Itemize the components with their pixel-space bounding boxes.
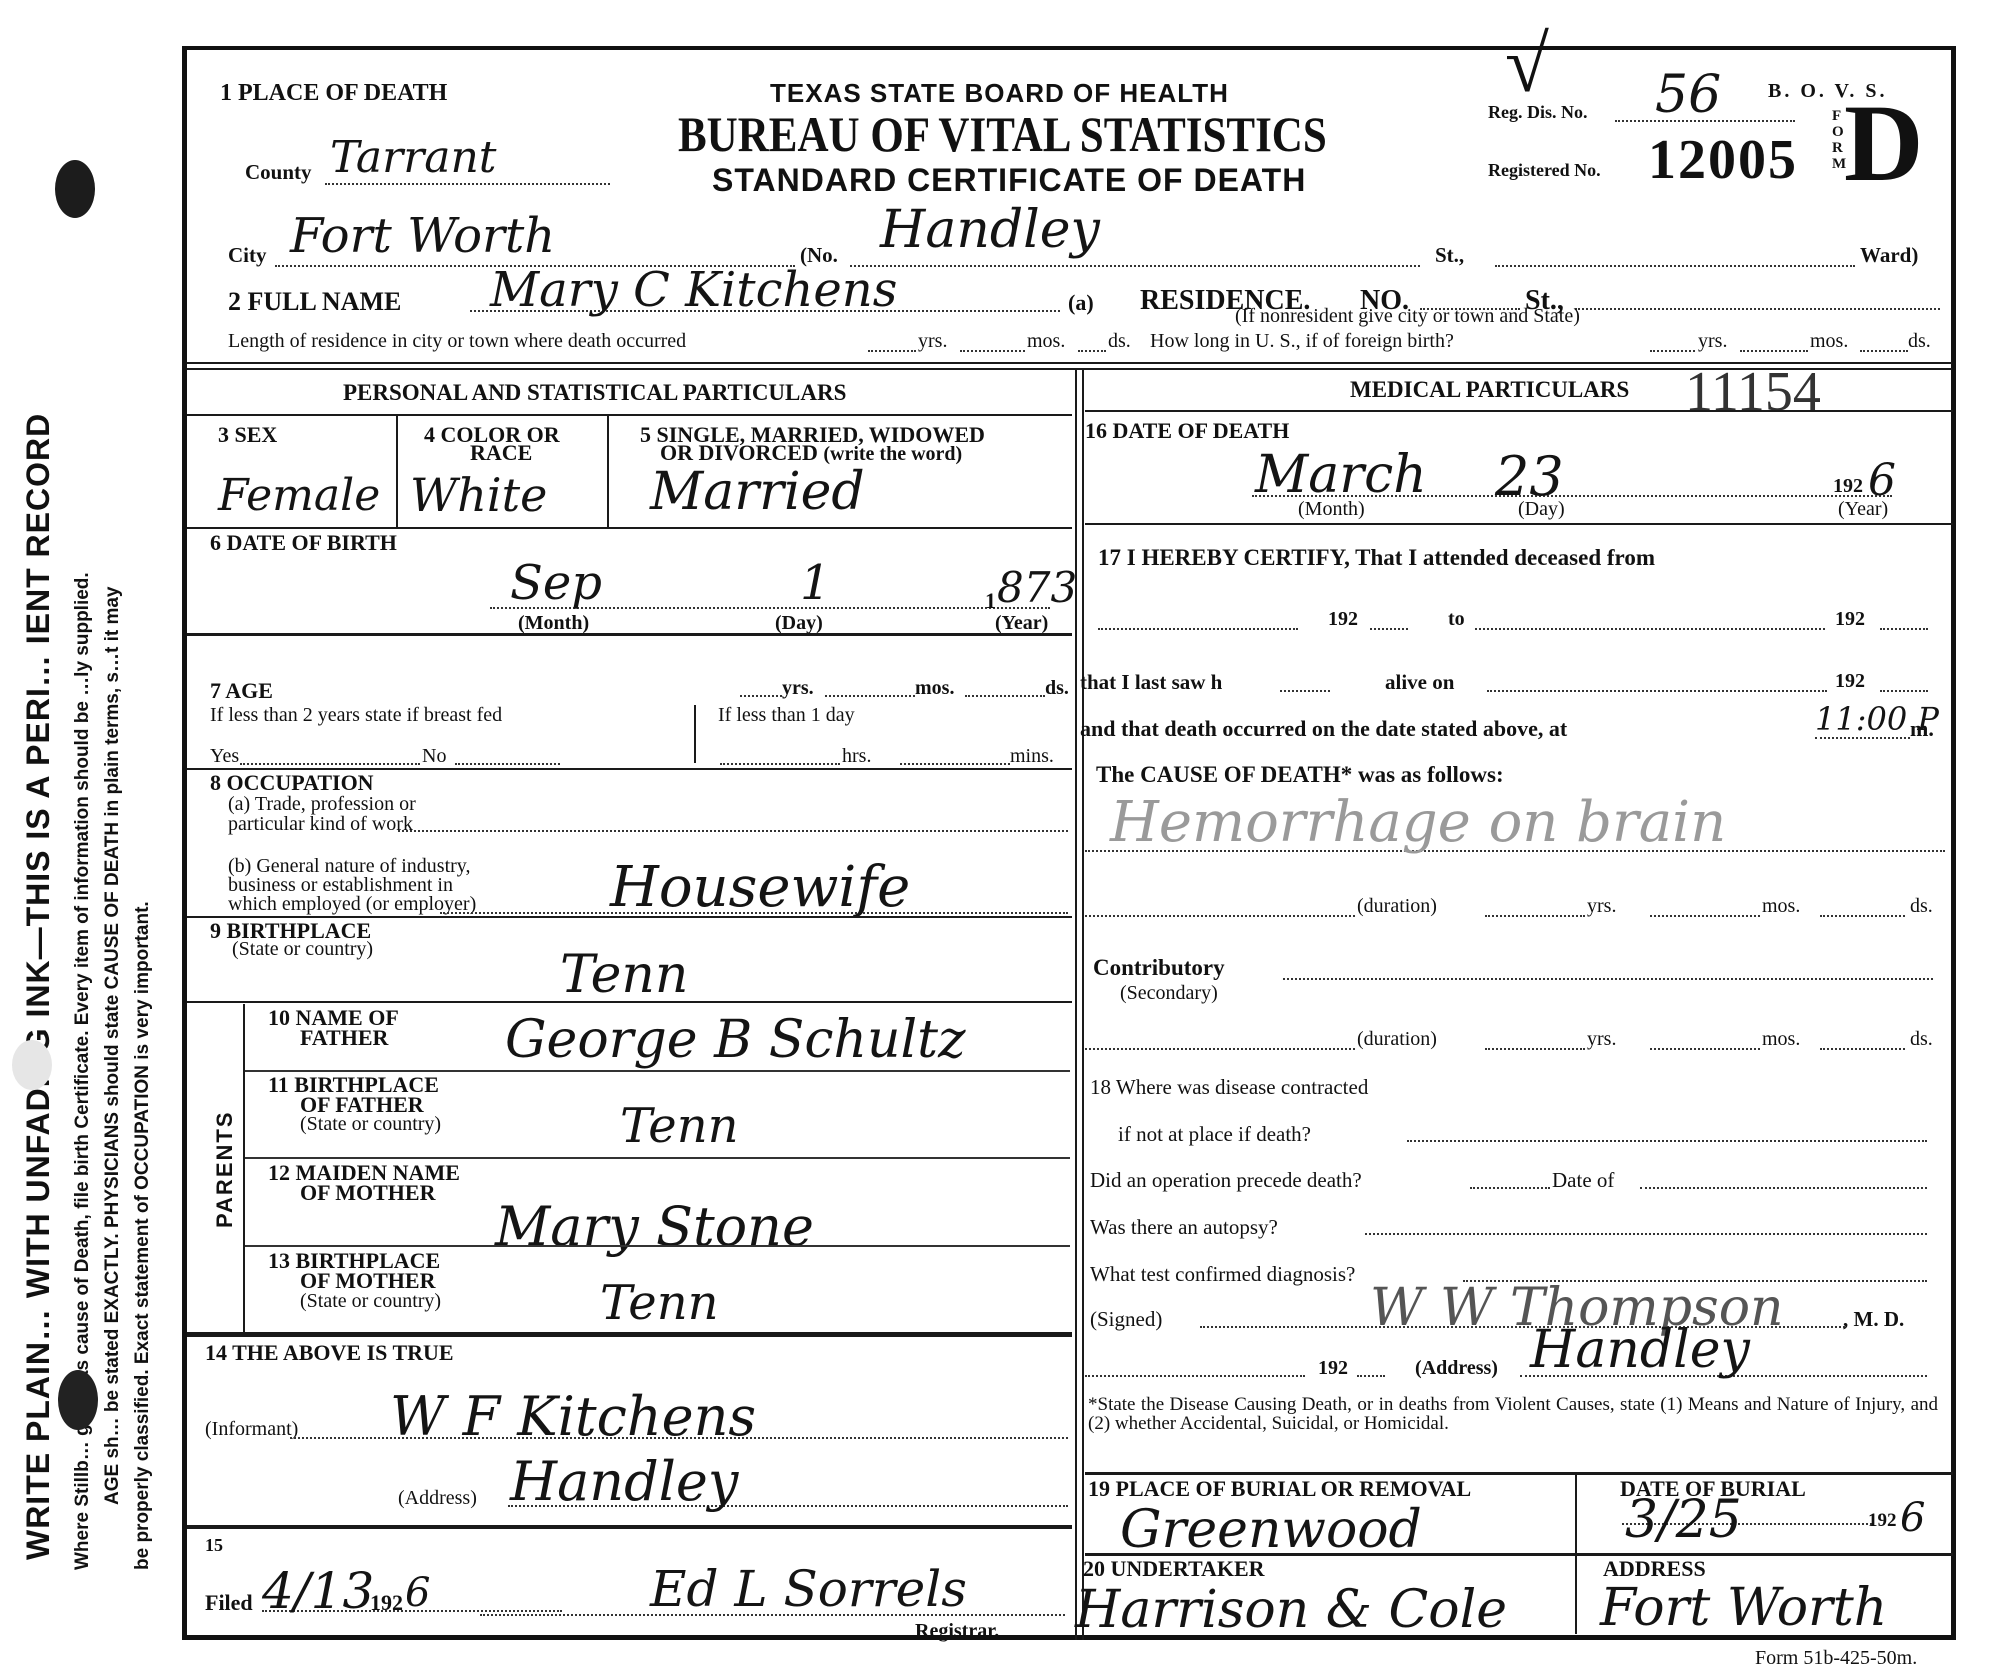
registered-label: Registered No. bbox=[1488, 160, 1601, 181]
signed-date-192: 192 bbox=[1318, 1357, 1348, 1380]
test-question: What test confirmed diagnosis? bbox=[1090, 1262, 1355, 1287]
mother-name-label-2: OF MOTHER bbox=[300, 1180, 435, 1206]
dob-year-prefix: 1 bbox=[985, 588, 996, 614]
street-label: St., bbox=[1435, 243, 1464, 268]
birthplace-sublabel: (State or country) bbox=[232, 938, 373, 961]
mother-birthplace-label-3: (State or country) bbox=[300, 1290, 441, 1313]
time-suffix: m. bbox=[1910, 716, 1934, 742]
occupation-a-line2: particular kind of work bbox=[228, 813, 413, 836]
no-value: Handley bbox=[880, 200, 1100, 260]
margin-instruction-2: AGE sh… be stated EXACTLY. PHYSICIANS sh… bbox=[102, 586, 124, 1505]
signed-label: (Signed) bbox=[1090, 1307, 1162, 1332]
dob-month: Sep bbox=[510, 555, 602, 611]
undertaker-value: Harrison & Cole bbox=[1075, 1580, 1507, 1640]
city-label: City bbox=[228, 243, 267, 268]
filed-year-prefix-text: 192 bbox=[370, 1590, 403, 1615]
attended-from-192: 192 bbox=[1328, 608, 1358, 631]
q18-line1: 18 Where was disease contracted bbox=[1090, 1075, 1368, 1100]
yes-label: Yes bbox=[210, 745, 239, 768]
check-mark: √ bbox=[1505, 20, 1549, 111]
residence-prefix: (a) bbox=[1068, 290, 1094, 316]
place-of-death-label: 1 PLACE OF DEATH bbox=[220, 80, 447, 107]
cause-footnote: *State the Disease Causing Death, or in … bbox=[1088, 1395, 1938, 1433]
mother-name-value: Mary Stone bbox=[495, 1195, 814, 1258]
medical-section-title: MEDICAL PARTICULARS bbox=[1350, 377, 1629, 403]
above-is-true-label: 14 THE ABOVE IS TRUE bbox=[205, 1340, 454, 1366]
cause-of-death-value: Hemorrhage on brain bbox=[1110, 790, 1726, 855]
parents-side-label: PARENTS bbox=[212, 1111, 238, 1229]
duration-yrs-2: yrs. bbox=[1587, 1028, 1616, 1051]
date-of-death-month: March bbox=[1255, 445, 1427, 505]
yrs-label: yrs. bbox=[918, 330, 947, 353]
sex-label: 3 SEX bbox=[218, 422, 277, 448]
duration-mos-1: mos. bbox=[1762, 895, 1800, 918]
contributory-label: Contributory bbox=[1093, 955, 1225, 981]
registered-value: 12005 bbox=[1648, 128, 1798, 192]
hrs-label: hrs. bbox=[842, 745, 871, 768]
nonresident-note: (If nonresident give city or town and St… bbox=[1235, 305, 1580, 328]
attended-to-192: 192 bbox=[1835, 608, 1865, 631]
operation-question: Did an operation precede death? bbox=[1090, 1168, 1362, 1193]
filed-label: Filed bbox=[205, 1590, 253, 1616]
burial-place-value: Greenwood bbox=[1120, 1500, 1422, 1560]
burial-place-label: 19 PLACE OF BURIAL OR REMOVAL bbox=[1088, 1476, 1471, 1502]
dod-month-caption: (Month) bbox=[1298, 498, 1365, 521]
cause-of-death-label: The CAUSE OF DEATH* was as follows: bbox=[1096, 762, 1504, 788]
informant-value: W F Kitchens bbox=[390, 1385, 756, 1448]
burial-date-value: 3/25 bbox=[1625, 1490, 1742, 1550]
duration-label-1: (duration) bbox=[1357, 895, 1437, 918]
occupation-value: Housewife bbox=[610, 855, 910, 920]
margin-instruction-3: be properly classified. Exact statement … bbox=[132, 901, 154, 1570]
father-birthplace-value: Tenn bbox=[620, 1098, 739, 1154]
breast-fed-label: If less than 2 years state if breast fed bbox=[210, 704, 502, 727]
certificate-title: STANDARD CERTIFICATE OF DEATH bbox=[712, 162, 1306, 199]
dod-year-caption: (Year) bbox=[1838, 498, 1888, 521]
dob-day-caption: (Day) bbox=[775, 612, 823, 635]
paper-hole bbox=[12, 1040, 52, 1090]
q18-line2: if not at place if death? bbox=[1118, 1122, 1311, 1147]
age-label: 7 AGE bbox=[210, 678, 273, 704]
reg-dis-value: 56 bbox=[1655, 65, 1721, 125]
ink-blot bbox=[55, 160, 95, 218]
ward-label: Ward) bbox=[1860, 243, 1918, 268]
last-saw-label: that I last saw h bbox=[1080, 670, 1222, 695]
dob-year-caption: (Year) bbox=[995, 612, 1048, 635]
margin-headline: WRITE PLAIN… WITH UNFADING INK—THIS IS A… bbox=[20, 413, 57, 1560]
form-number: Form 51b-425-50m. bbox=[1755, 1647, 1917, 1670]
bureau-title: BUREAU OF VITAL STATISTICS bbox=[678, 105, 1327, 163]
date-of-death-label: 16 DATE OF DEATH bbox=[1085, 418, 1289, 444]
dob-day: 1 bbox=[800, 555, 831, 611]
father-name-label-2: FATHER bbox=[300, 1025, 388, 1051]
date-of-label: Date of bbox=[1552, 1168, 1614, 1193]
personal-section-title: PERSONAL AND STATISTICAL PARTICULARS bbox=[343, 380, 846, 406]
filed-year-prefix: 192 bbox=[370, 1590, 403, 1616]
alive-on-label: alive on bbox=[1385, 670, 1454, 695]
color-label-2: RACE bbox=[470, 440, 532, 466]
duration-mos-2: mos. bbox=[1762, 1028, 1800, 1051]
less-than-day-label: If less than 1 day bbox=[718, 704, 855, 727]
marital-value: Married bbox=[650, 462, 865, 522]
medical-stamp-number: 11154 bbox=[1685, 360, 1821, 424]
form-letter: D bbox=[1844, 88, 1923, 198]
city-value: Fort Worth bbox=[290, 208, 555, 264]
dob-label: 6 DATE OF BIRTH bbox=[210, 530, 397, 556]
age-mos: mos. bbox=[915, 677, 954, 700]
duration-label-2: (duration) bbox=[1357, 1028, 1437, 1051]
certify-statement: 17 I HEREBY CERTIFY, That I attended dec… bbox=[1098, 545, 1655, 571]
md-label: , M. D. bbox=[1843, 1307, 1904, 1332]
dod-day-caption: (Day) bbox=[1518, 498, 1565, 521]
duration-ds-1: ds. bbox=[1910, 895, 1933, 918]
ds-label: ds. bbox=[1108, 330, 1131, 353]
informant-label: (Informant) bbox=[205, 1418, 298, 1441]
yrs-label-2: yrs. bbox=[1698, 330, 1727, 353]
burial-year-value: 6 bbox=[1900, 1495, 1925, 1541]
duration-yrs-1: yrs. bbox=[1587, 895, 1616, 918]
ink-blot bbox=[58, 1370, 98, 1430]
dob-year: 873 bbox=[997, 563, 1077, 612]
to-label: to bbox=[1448, 608, 1465, 631]
birthplace-value: Tenn bbox=[560, 945, 688, 1005]
filed-year-value: 6 bbox=[405, 1570, 430, 1616]
color-value: White bbox=[410, 468, 547, 522]
county-value: Tarrant bbox=[330, 132, 496, 183]
reg-dis-label: Reg. Dis. No. bbox=[1488, 102, 1588, 123]
burial-year-prefix: 192 bbox=[1868, 1510, 1897, 1532]
father-name-value: George B Schultz bbox=[505, 1010, 965, 1070]
undertaker-label: 20 UNDERTAKER bbox=[1083, 1556, 1265, 1582]
mins-label: mins. bbox=[1010, 745, 1054, 768]
how-long-in-us: How long in U. S., if of foreign birth? bbox=[1150, 330, 1454, 353]
undertaker-address-value: Fort Worth bbox=[1600, 1578, 1887, 1638]
death-occurred-label: and that death occurred on the date stat… bbox=[1080, 716, 1567, 742]
last-saw-192: 192 bbox=[1835, 670, 1865, 693]
age-yrs: yrs. bbox=[782, 677, 814, 700]
informant-address-value: Handley bbox=[510, 1450, 738, 1513]
full-name-label: 2 FULL NAME bbox=[228, 287, 401, 317]
mother-birthplace-value: Tenn bbox=[600, 1275, 719, 1331]
registrar-signature: Ed L Sorrels bbox=[650, 1560, 967, 1618]
filed-value: 4/13 bbox=[262, 1562, 374, 1620]
duration-ds-2: ds. bbox=[1910, 1028, 1933, 1051]
sex-value: Female bbox=[218, 470, 380, 521]
dob-month-caption: (Month) bbox=[518, 612, 589, 635]
age-ds: ds. bbox=[1045, 677, 1069, 700]
autopsy-question: Was there an autopsy? bbox=[1090, 1215, 1278, 1240]
mos-label: mos. bbox=[1027, 330, 1065, 353]
informant-address-label: (Address) bbox=[398, 1487, 477, 1510]
date-of-death-year-prefix: 192 bbox=[1833, 475, 1863, 498]
physician-address-value: Handley bbox=[1530, 1320, 1750, 1380]
length-of-residence: Length of residence in city or town wher… bbox=[228, 330, 686, 353]
no-label-age: No bbox=[422, 745, 446, 768]
filing-section-number: 15 bbox=[205, 1535, 223, 1556]
physician-address-label: (Address) bbox=[1415, 1357, 1498, 1380]
registrar-label: Registrar. bbox=[915, 1620, 999, 1643]
father-birthplace-label-3: (State or country) bbox=[300, 1113, 441, 1136]
full-name-value: Mary C Kitchens bbox=[490, 262, 897, 318]
secondary-label: (Secondary) bbox=[1120, 982, 1218, 1005]
county-label: County bbox=[245, 160, 312, 185]
ds-label-2: ds. bbox=[1908, 330, 1931, 353]
mos-label-2: mos. bbox=[1810, 330, 1848, 353]
